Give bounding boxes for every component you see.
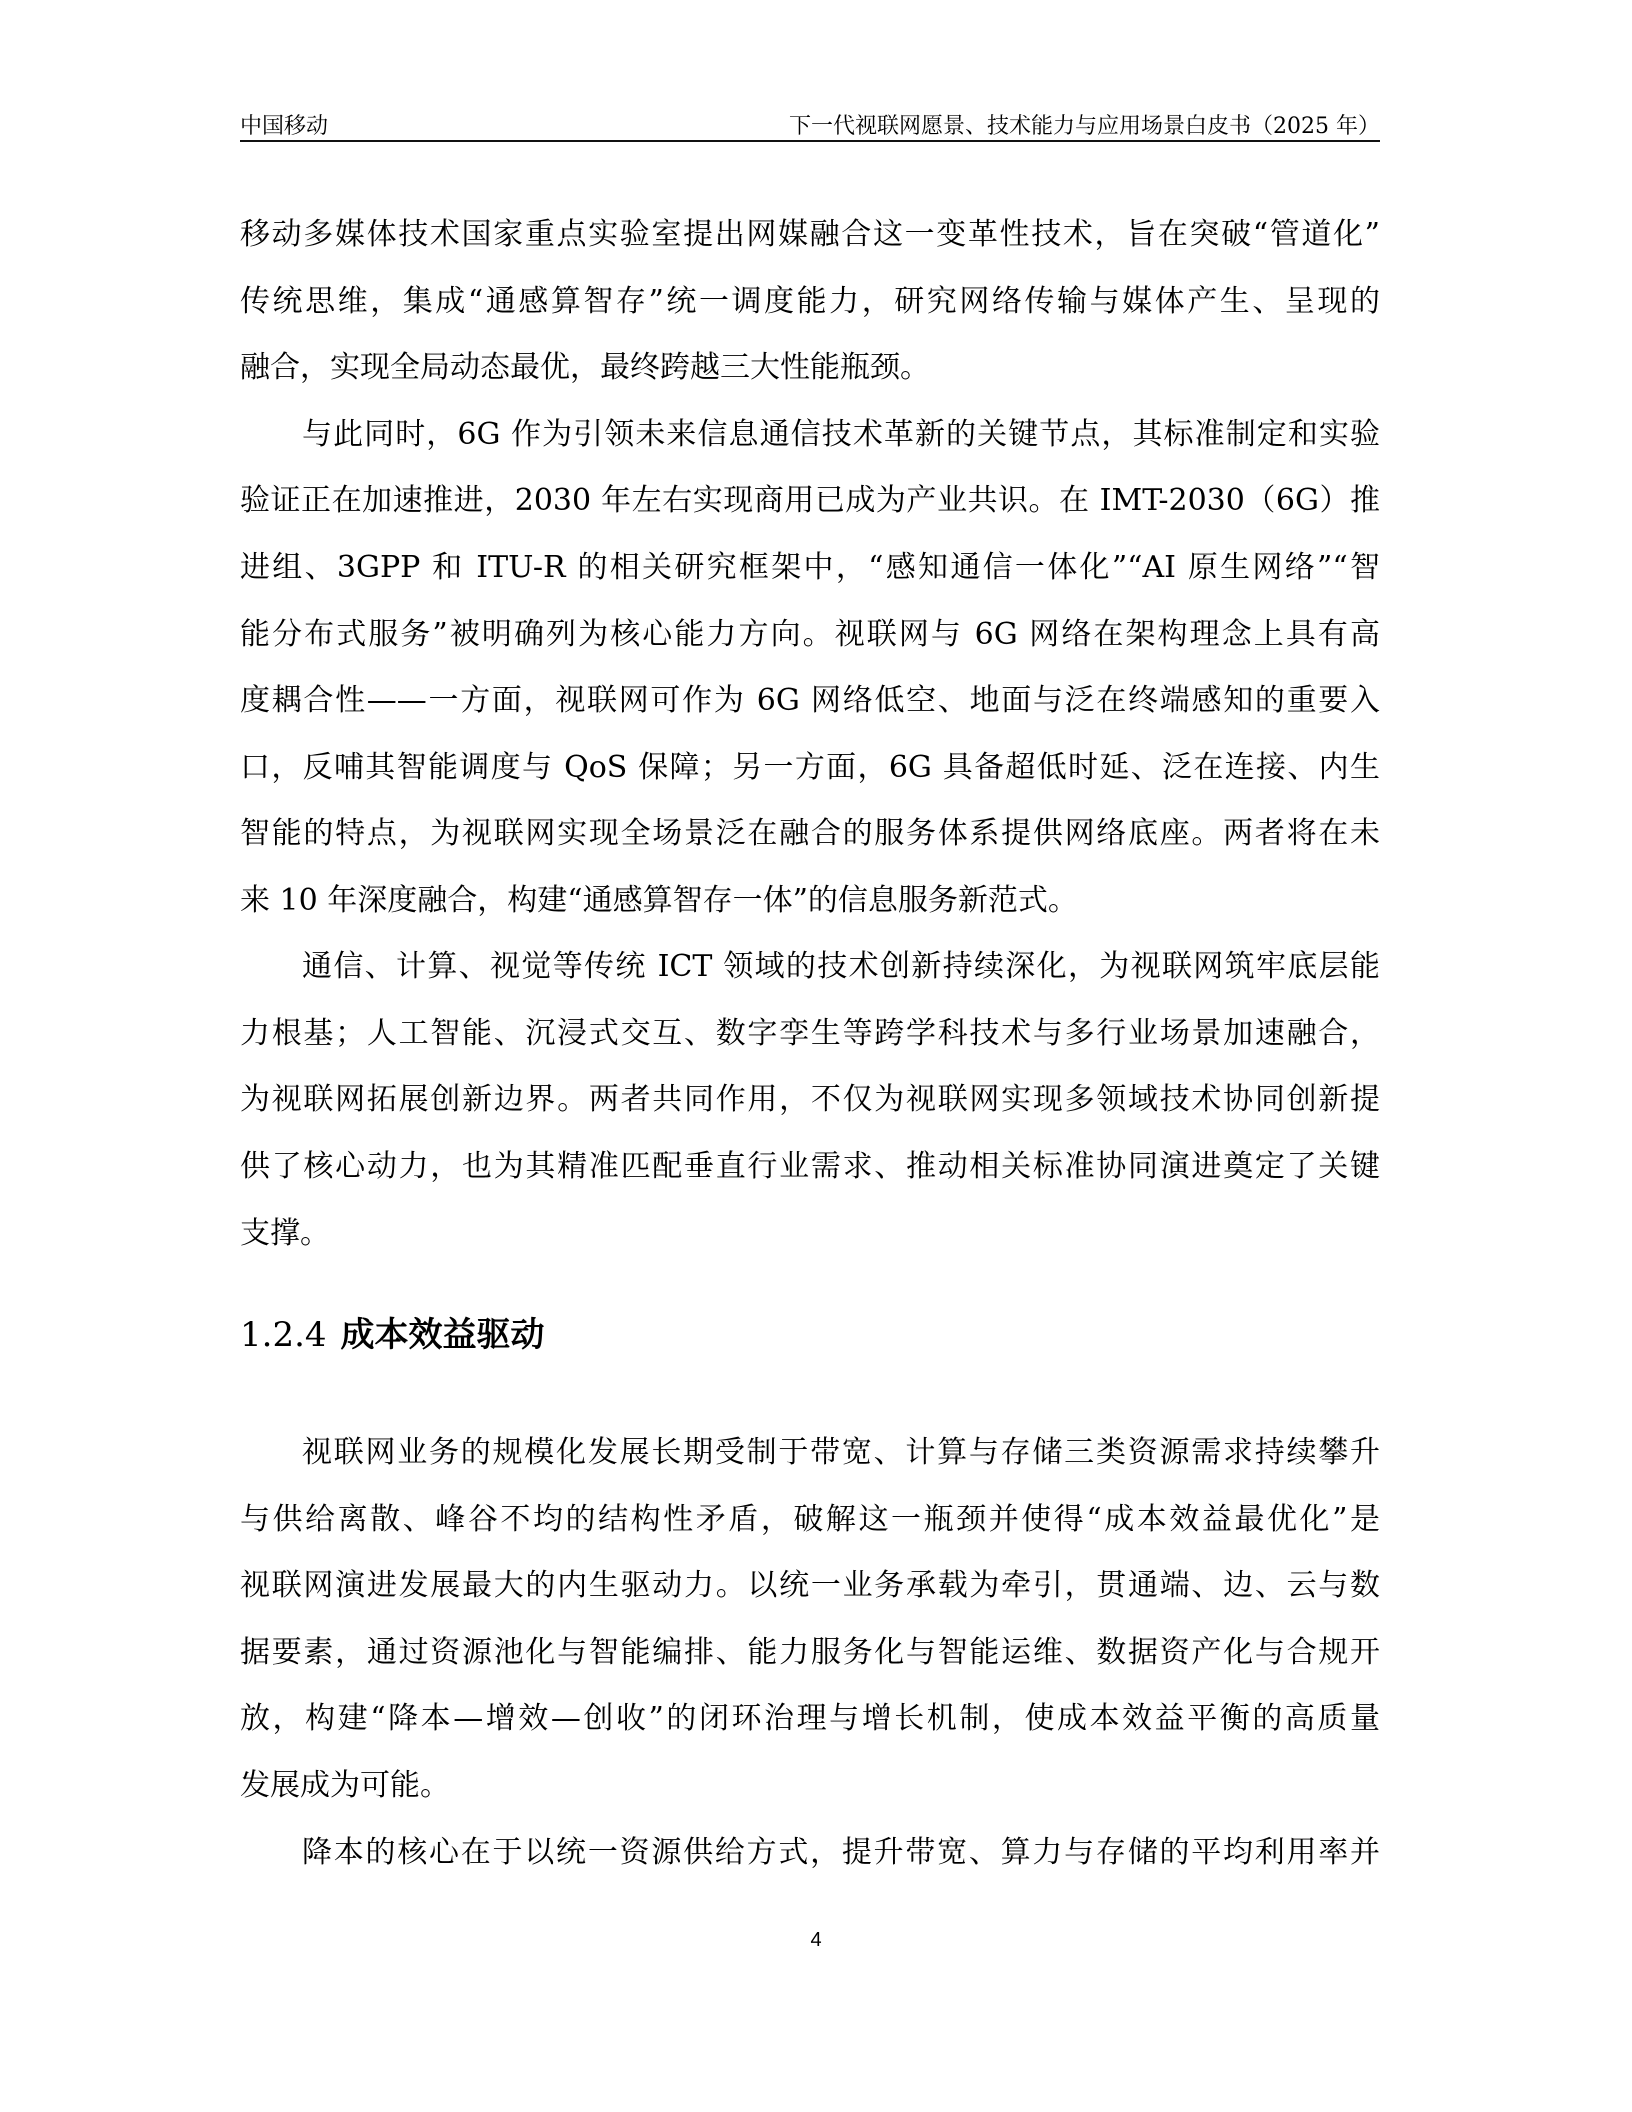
body-line: 能分布式服务”被明确列为核心能力方向。视联网与 6G 网络在架构理念上具有高 (240, 617, 1380, 653)
section-heading: 1.2.4成本效益驱动 (240, 1314, 545, 1356)
header-organization: 中国移动 (240, 114, 328, 140)
body-line: 与此同时，6G 作为引领未来信息通信技术革新的关键节点，其标准制定和实验 (302, 417, 1380, 453)
page-number: 4 (0, 1928, 1632, 1952)
body-line: 通信、计算、视觉等传统 ICT 领域的技术创新持续深化，为视联网筑牢底层能 (302, 949, 1380, 985)
section-title: 成本效益驱动 (341, 1315, 545, 1355)
body-line: 来 10 年深度融合，构建“通感算智存一体”的信息服务新范式。 (240, 883, 1380, 919)
body-line: 支撑。 (240, 1216, 1380, 1252)
body-line: 进组、3GPP 和 ITU-R 的相关研究框架中，“感知通信一体化”“AI 原生… (240, 550, 1380, 586)
header-document-title: 下一代视联网愿景、技术能力与应用场景白皮书（2025 年） (789, 114, 1380, 140)
section-number: 1.2.4 (240, 1315, 327, 1355)
section-line: 视联网业务的规模化发展长期受制于带宽、计算与存储三类资源需求持续攀升 (302, 1435, 1380, 1471)
body-line: 口，反哺其智能调度与 QoS 保障；另一方面，6G 具备超低时延、泛在连接、内生 (240, 750, 1380, 786)
running-header: 中国移动 下一代视联网愿景、技术能力与应用场景白皮书（2025 年） (240, 114, 1380, 142)
body-line: 为视联网拓展创新边界。两者共同作用，不仅为视联网实现多领域技术协同创新提 (240, 1082, 1380, 1118)
body-line: 力根基；人工智能、沉浸式交互、数字孪生等跨学科技术与多行业场景加速融合， (240, 1016, 1380, 1052)
section-line: 放，构建“降本—增效—创收”的闭环治理与增长机制，使成本效益平衡的高质量 (240, 1701, 1380, 1737)
body-line: 传统思维，集成“通感算智存”统一调度能力，研究网络传输与媒体产生、呈现的 (240, 284, 1380, 320)
body-line: 融合，实现全局动态最优，最终跨越三大性能瓶颈。 (240, 350, 1380, 386)
document-page: 中国移动 下一代视联网愿景、技术能力与应用场景白皮书（2025 年） 移动多媒体… (0, 0, 1632, 2112)
body-line: 移动多媒体技术国家重点实验室提出网媒融合这一变革性技术，旨在突破“管道化” (240, 217, 1380, 253)
section-line: 发展成为可能。 (240, 1768, 1380, 1804)
body-line: 供了核心动力，也为其精准匹配垂直行业需求、推动相关标准协同演进奠定了关键 (240, 1149, 1380, 1185)
section-line: 视联网演进发展最大的内生驱动力。以统一业务承载为牵引，贯通端、边、云与数 (240, 1568, 1380, 1604)
section-line: 降本的核心在于以统一资源供给方式，提升带宽、算力与存储的平均利用率并 (302, 1835, 1380, 1871)
body-line: 智能的特点，为视联网实现全场景泛在融合的服务体系提供网络底座。两者将在未 (240, 816, 1380, 852)
body-line: 验证正在加速推进，2030 年左右实现商用已成为产业共识。在 IMT-2030（… (240, 483, 1380, 519)
section-line: 据要素，通过资源池化与智能编排、能力服务化与智能运维、数据资产化与合规开 (240, 1635, 1380, 1671)
body-line: 度耦合性——一方面，视联网可作为 6G 网络低空、地面与泛在终端感知的重要入 (240, 683, 1380, 719)
section-line: 与供给离散、峰谷不均的结构性矛盾，破解这一瓶颈并使得“成本效益最优化”是 (240, 1502, 1380, 1538)
